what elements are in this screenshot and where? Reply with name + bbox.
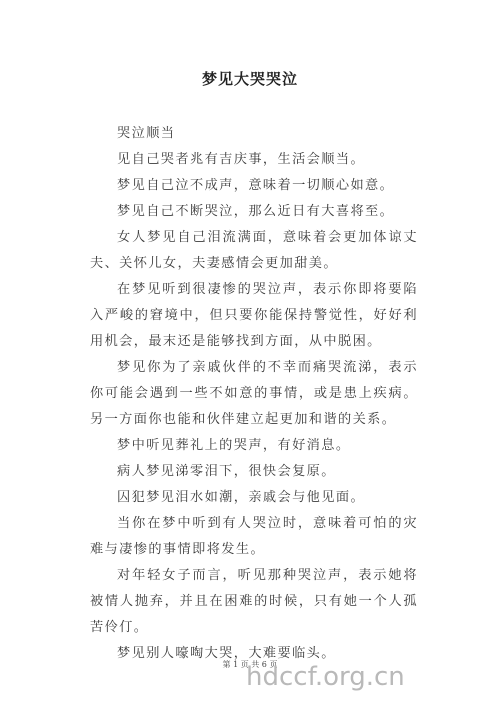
- paragraph: 梦见自己泣不成声，意味着一切顺心如意。: [90, 173, 418, 199]
- document-title: 梦见大哭哭泣: [0, 68, 500, 89]
- document-page: 梦见大哭哭泣 哭泣顺当 见自己哭者兆有吉庆事，生活会顺当。 梦见自己泣不成声，意…: [0, 0, 500, 707]
- watermark: hdccf.org.cn: [246, 662, 405, 692]
- paragraph: 梦见你为了亲戚伙伴的不幸而痛哭流涕，表示你可能会遇到一些不如意的事情，或是患上疾…: [90, 355, 418, 433]
- paragraph: 梦见自己不断哭泣，那么近日有大喜将至。: [90, 199, 418, 225]
- paragraph: 梦中听见葬礼上的哭声，有好消息。: [90, 433, 418, 459]
- paragraph: 病人梦见涕零泪下，很快会复原。: [90, 459, 418, 485]
- paragraph: 哭泣顺当: [90, 121, 418, 147]
- paragraph: 女人梦见自己泪流满面，意味着会更加体谅丈夫、关怀儿女，夫妻感情会更加甜美。: [90, 225, 418, 277]
- document-body: 哭泣顺当 见自己哭者兆有吉庆事，生活会顺当。 梦见自己泣不成声，意味着一切顺心如…: [90, 121, 418, 667]
- paragraph: 囚犯梦见泪水如潮，亲戚会与他见面。: [90, 485, 418, 511]
- paragraph: 见自己哭者兆有吉庆事，生活会顺当。: [90, 147, 418, 173]
- paragraph: 当你在梦中听到有人哭泣时，意味着可怕的灾难与凄惨的事情即将发生。: [90, 511, 418, 563]
- paragraph: 对年轻女子而言，听见那种哭泣声，表示她将被情人抛弃，并且在困难的时候，只有她一个…: [90, 563, 418, 641]
- paragraph: 在梦见听到很凄惨的哭泣声，表示你即将要陷入严峻的窘境中，但只要你能保持警觉性，好…: [90, 277, 418, 355]
